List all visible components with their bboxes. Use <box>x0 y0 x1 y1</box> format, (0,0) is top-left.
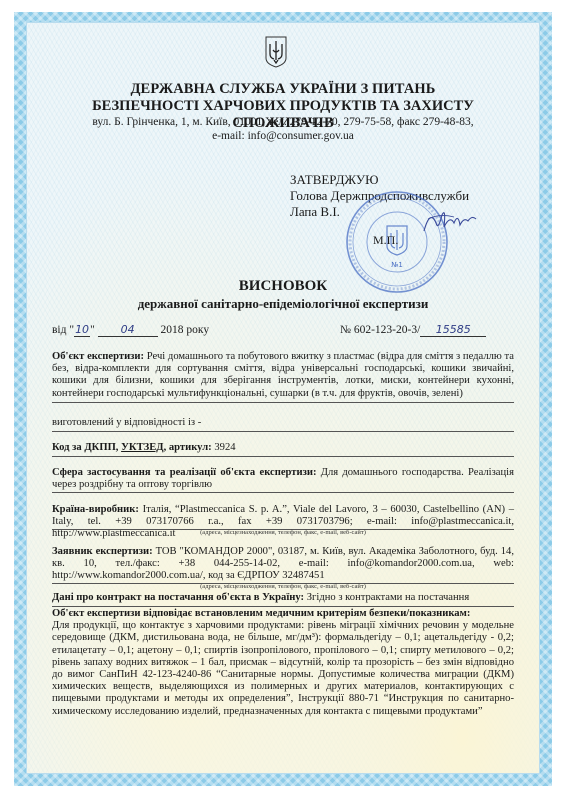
signature-icon <box>420 205 480 237</box>
date-year: 2018 року <box>161 324 210 336</box>
document-subtitle: державної санітарно-епідеміологічної екс… <box>40 296 526 312</box>
field-compliance: Об'єкт експертизи відповідає встановлени… <box>52 608 514 718</box>
number-prefix: № 602-123-20-3/ <box>340 324 420 336</box>
svg-text:№1: №1 <box>391 261 403 269</box>
contract-label: Дані про контракт на постачання об'єкта … <box>52 592 304 603</box>
manufactured-text: виготовлений у відповідності із - <box>52 417 201 428</box>
compliance-heading: Об'єкт експертизи відповідає встановлени… <box>52 608 470 619</box>
divider <box>52 492 514 493</box>
seal-label: М.П. <box>373 233 398 248</box>
org-address: вул. Б. Грінченка, 1, м. Київ, 01001, те… <box>40 116 526 128</box>
field-scope: Сфера застосування та реалізації об'єкта… <box>52 467 514 491</box>
date-prefix: від <box>52 324 66 336</box>
scope-label: Сфера застосування та реалізації об'єкта… <box>52 467 317 478</box>
country-label: Країна-виробник: <box>52 504 139 515</box>
applicant-label: Заявник експертизи: <box>52 546 153 557</box>
issue-date: від "10" 04 2018 року <box>52 323 209 337</box>
date-day: 10 <box>74 323 90 337</box>
approval-heading: ЗАТВЕРДЖУЮ <box>290 172 469 188</box>
field-manufactured: виготовлений у відповідності із - <box>52 417 514 429</box>
contract-value: Згідно з контрактами на постачання <box>307 592 470 603</box>
field-object: Об'єкт експертизи: Речі домашнього та по… <box>52 351 514 400</box>
code-value: 3924 <box>214 442 235 453</box>
document-title: ВИСНОВОК <box>40 278 526 295</box>
applicant-caption: (адреса, місцезнаходження, телефон, факс… <box>52 583 514 590</box>
org-name-line1: ДЕРЖАВНА СЛУЖБА УКРАЇНИ З ПИТАНЬ <box>40 81 526 98</box>
document-number: № 602-123-20-3/15585 <box>340 323 486 337</box>
date-month: 04 <box>98 323 158 337</box>
divider <box>52 431 514 432</box>
field-contract: Дані про контракт на постачання об'єкта … <box>52 592 514 604</box>
trident-coat-of-arms-icon <box>264 36 288 68</box>
divider <box>52 606 514 607</box>
divider <box>52 456 514 457</box>
divider <box>52 402 514 403</box>
country-caption: (адреса, місцезнаходження, телефон, факс… <box>52 529 514 536</box>
object-label: Об'єкт експертизи: <box>52 351 144 362</box>
code-label: Код за ДКПП, УКТЗЕД, артикул: <box>52 442 212 453</box>
field-code: Код за ДКПП, УКТЗЕД, артикул: 3924 <box>52 442 514 454</box>
field-applicant: Заявник експертизи: ТОВ "КОМАНДОР 2000",… <box>52 546 514 583</box>
compliance-value: Для продукції, що контактує з харчовими … <box>52 620 514 716</box>
org-email: e-mail: info@consumer.gov.ua <box>40 130 526 142</box>
number-handwritten: 15585 <box>420 323 486 337</box>
